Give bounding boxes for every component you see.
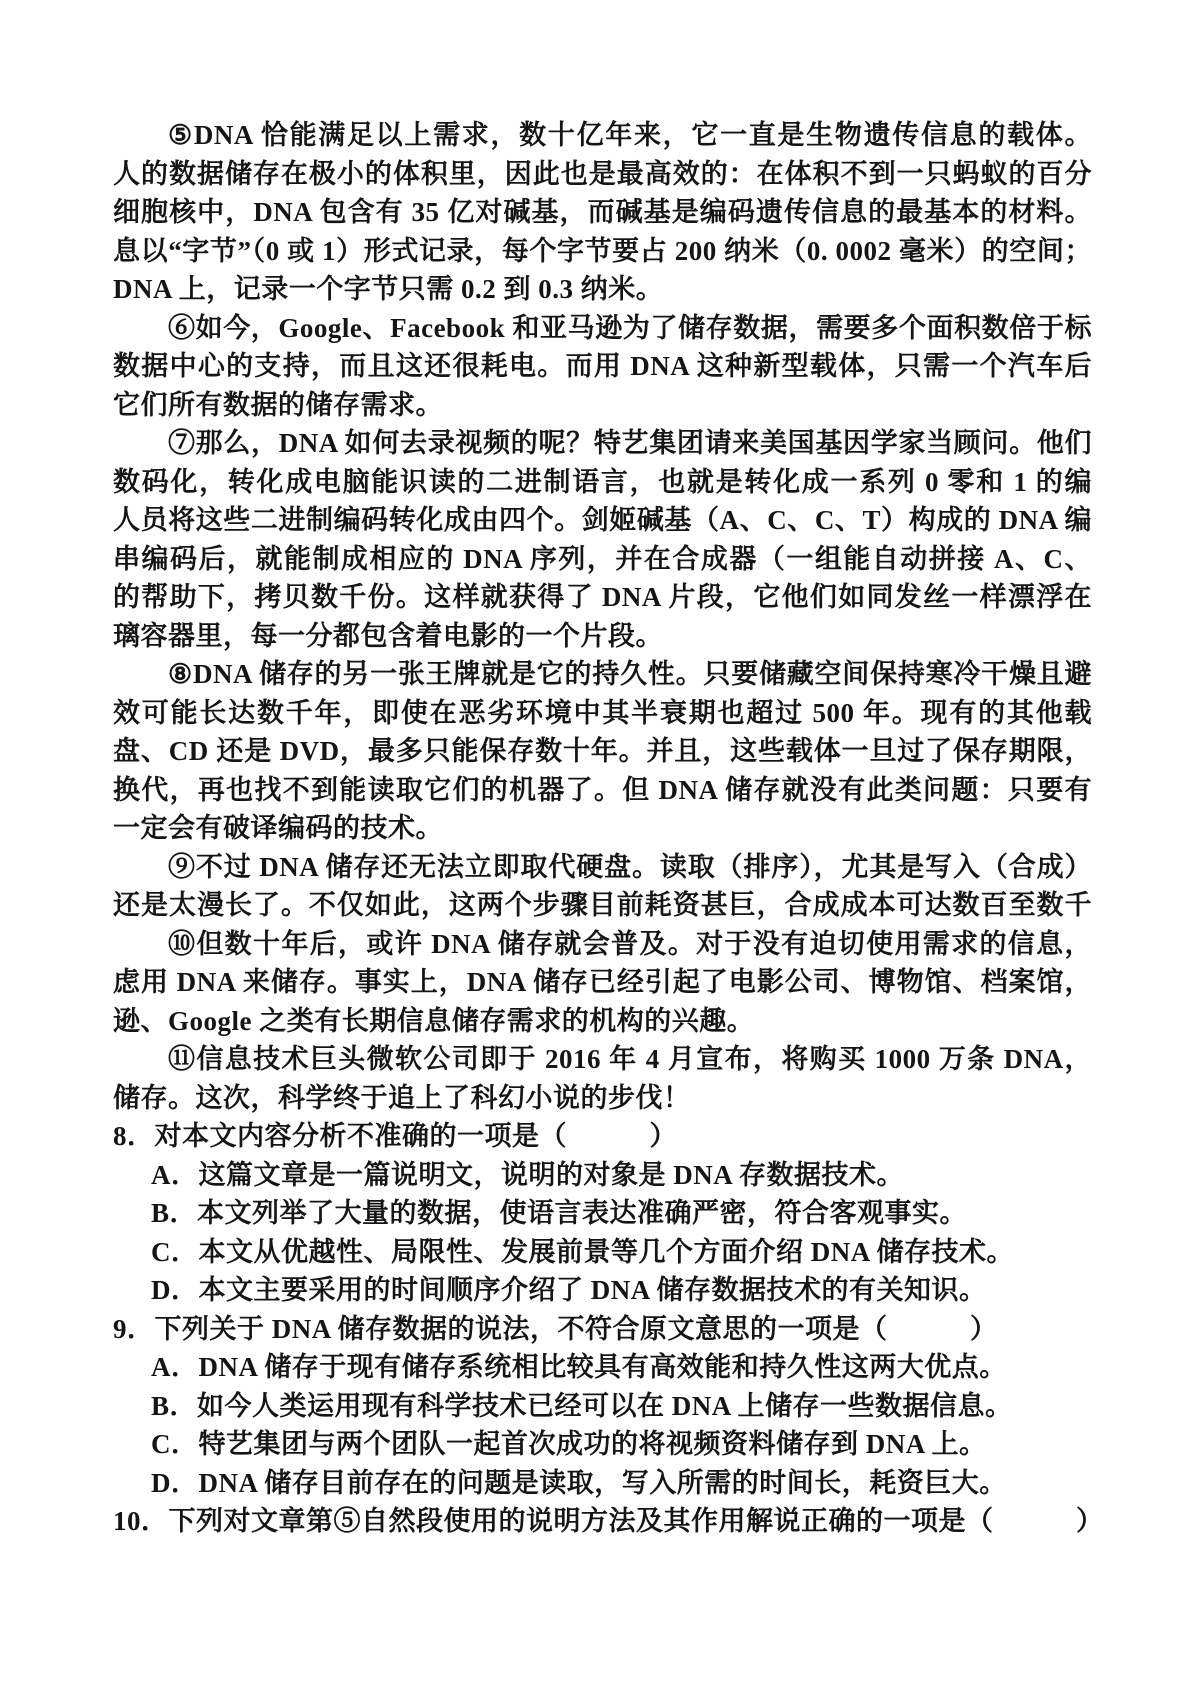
question-9-stem: 9．下列关于 DNA 储存数据的说法，不符合原文意思的一项是（ ） — [113, 1310, 1092, 1349]
question-9-option-c: C．特艺集团与两个团队一起首次成功的将视频资料储存到 DNA 上。 — [113, 1425, 1092, 1464]
paragraph-circled-6: ⑥如今，Google、Facebook 和亚马逊为了储存数据，需要多个面积数倍于… — [113, 309, 1092, 425]
question-10-stem: 10．下列对文章第⑤自然段使用的说明方法及其作用解说正确的一项是（ ） — [113, 1502, 1092, 1541]
paragraph-circled-11: ⑪信息技术巨头微软公司即于 2016 年 4 月宣布，将购买 1000 万条 D… — [113, 1040, 1092, 1117]
text-line: 它们所有数据的储存需求。 — [113, 386, 1092, 425]
text-line: 数码化，转化成电脑能识读的二进制语言，也就是转化成一系列 0 零和 1 的编码。… — [113, 463, 1092, 502]
text-line: ⑪信息技术巨头微软公司即于 2016 年 4 月宣布，将购买 1000 万条 D… — [113, 1040, 1092, 1079]
question-8-option-c: C．本文从优越性、局限性、发展前景等几个方面介绍 DNA 储存技术。 — [113, 1233, 1092, 1272]
question-8-option-a: A．这篇文章是一篇说明文，说明的对象是 DNA 存数据技术。 — [113, 1156, 1092, 1195]
text-line: 串编码后，就能制成相应的 DNA 序列，并在合成器（一组能自动拼接 A、C、C、… — [113, 540, 1092, 579]
paragraph-circled-7: ⑦那么，DNA 如何去录视频的呢？特艺集团请来美国基因学家当顾问。他们首先将电影… — [113, 424, 1092, 655]
article-text: ⑤DNA 恰能满足以上需求，数十亿年来，它一直是生物遗传信息的载体。DNA 能将… — [113, 116, 1092, 1541]
text-line: 的帮助下，拷贝数千份。这样就获得了 DNA 片段，它他们如同发丝一样漂浮在装有液… — [113, 578, 1092, 617]
question-8-option-b: B．本文列举了大量的数据，使语言表达准确严密，符合客观事实。 — [113, 1194, 1092, 1233]
question-9-option-d: D．DNA 储存目前存在的问题是读取，写入所需的时间长，耗资巨大。 — [113, 1464, 1092, 1503]
question-10: 10．下列对文章第⑤自然段使用的说明方法及其作用解说正确的一项是（ ） — [113, 1502, 1092, 1541]
question-8-stem: 8．对本文内容分析不准确的一项是（ ） — [113, 1117, 1092, 1156]
text-line: 逊、Google 之类有长期信息储存需求的机构的兴趣。 — [113, 1002, 1092, 1041]
text-line: 换代，再也找不到能读取它们的机器了。但 DNA 储存就没有此类问题：只要有人类存… — [113, 771, 1092, 810]
paragraph-circled-5: ⑤DNA 恰能满足以上需求，数十亿年来，它一直是生物遗传信息的载体。DNA 能将… — [113, 116, 1092, 309]
paragraph-circled-10: ⑩但数十年后，或许 DNA 储存就会普及。对于没有迫切使用需求的信息，我们就可以… — [113, 925, 1092, 1041]
question-9-option-a: A．DNA 储存于现有储存系统相比较具有高效能和持久性这两大优点。 — [113, 1348, 1092, 1387]
question-8: 8．对本文内容分析不准确的一项是（ ） A．这篇文章是一篇说明文，说明的对象是 … — [113, 1117, 1092, 1310]
text-line: 盘、CD 还是 DVD，最多只能保存数十年。并且，这些载体一旦过了保存期限，硬件… — [113, 732, 1092, 771]
document-page: ⑤DNA 恰能满足以上需求，数十亿年来，它一直是生物遗传信息的载体。DNA 能将… — [0, 0, 1191, 1684]
text-line: 还是太漫长了。不仅如此，这两个步骤目前耗资甚巨，合成成本可达数百至数千欧元。 — [113, 886, 1092, 925]
text-line: 虑用 DNA 来储存。事实上，DNA 储存已经引起了电影公司、博物馆、档案馆，还… — [113, 963, 1092, 1002]
paragraph-circled-8: ⑧DNA 储存的另一张王牌就是它的持久性。只要储藏空间保持寒冷干燥且避光，保存时… — [113, 655, 1092, 848]
text-line: ⑦那么，DNA 如何去录视频的呢？特艺集团请来美国基因学家当顾问。他们首先将电影 — [113, 424, 1092, 463]
text-line: ⑥如今，Google、Facebook 和亚马逊为了储存数据，需要多个面积数倍于… — [113, 309, 1092, 348]
question-8-option-d: D．本文主要采用的时间顺序介绍了 DNA 储存数据技术的有关知识。 — [113, 1271, 1092, 1310]
question-9-option-b: B．如今人类运用现有科学技术已经可以在 DNA 上储存一些数据信息。 — [113, 1387, 1092, 1426]
paragraph-circled-9: ⑨不过 DNA 储存还无法立即取代硬盘。读取（排序），尤其是写入（合成）所需的时… — [113, 848, 1092, 925]
text-line: 效可能长达数千年，即使在恶劣环境中其半衰期也超过 500 年。现有的其他载体，无… — [113, 694, 1092, 733]
text-line: 人的数据储存在极小的体积里，因此也是最高效的：在体积不到一只蚂蚁的百分之一的人类 — [113, 155, 1092, 194]
text-line: 储存。这次，科学终于追上了科幻小说的步伐！ — [113, 1079, 1092, 1118]
text-line: 息以“字节”（0 或 1）形式记录，每个字节要占 200 纳米（0. 0002 … — [113, 232, 1092, 271]
text-line: ⑤DNA 恰能满足以上需求，数十亿年来，它一直是生物遗传信息的载体。DNA 能将… — [113, 116, 1092, 155]
text-line: DNA 上，记录一个字节只需 0.2 到 0.3 纳米。 — [113, 270, 1092, 309]
question-9: 9．下列关于 DNA 储存数据的说法，不符合原文意思的一项是（ ） A．DNA … — [113, 1310, 1092, 1503]
text-line: 细胞核中，DNA 包含有 35 亿对碱基，而碱基是编码遗传信息的最基本的材料。在… — [113, 193, 1092, 232]
text-line: 人员将这些二进制编码转化成由四个。剑姬碱基（A、C、C、T）构成的 DNA 编码… — [113, 501, 1092, 540]
text-line: 一定会有破译编码的技术。 — [113, 809, 1092, 848]
text-line: 璃容器里，每一分都包含着电影的一个片段。 — [113, 617, 1092, 656]
text-line: ⑩但数十年后，或许 DNA 储存就会普及。对于没有迫切使用需求的信息，我们就可以… — [113, 925, 1092, 964]
text-line: ⑧DNA 储存的另一张王牌就是它的持久性。只要储藏空间保持寒冷干燥且避光，保存时 — [113, 655, 1092, 694]
text-line: ⑨不过 DNA 储存还无法立即取代硬盘。读取（排序），尤其是写入（合成）所需的时… — [113, 848, 1092, 887]
text-line: 数据中心的支持，而且这还很耗电。而用 DNA 这种新型载体，只需一个汽车后备厢就… — [113, 347, 1092, 386]
